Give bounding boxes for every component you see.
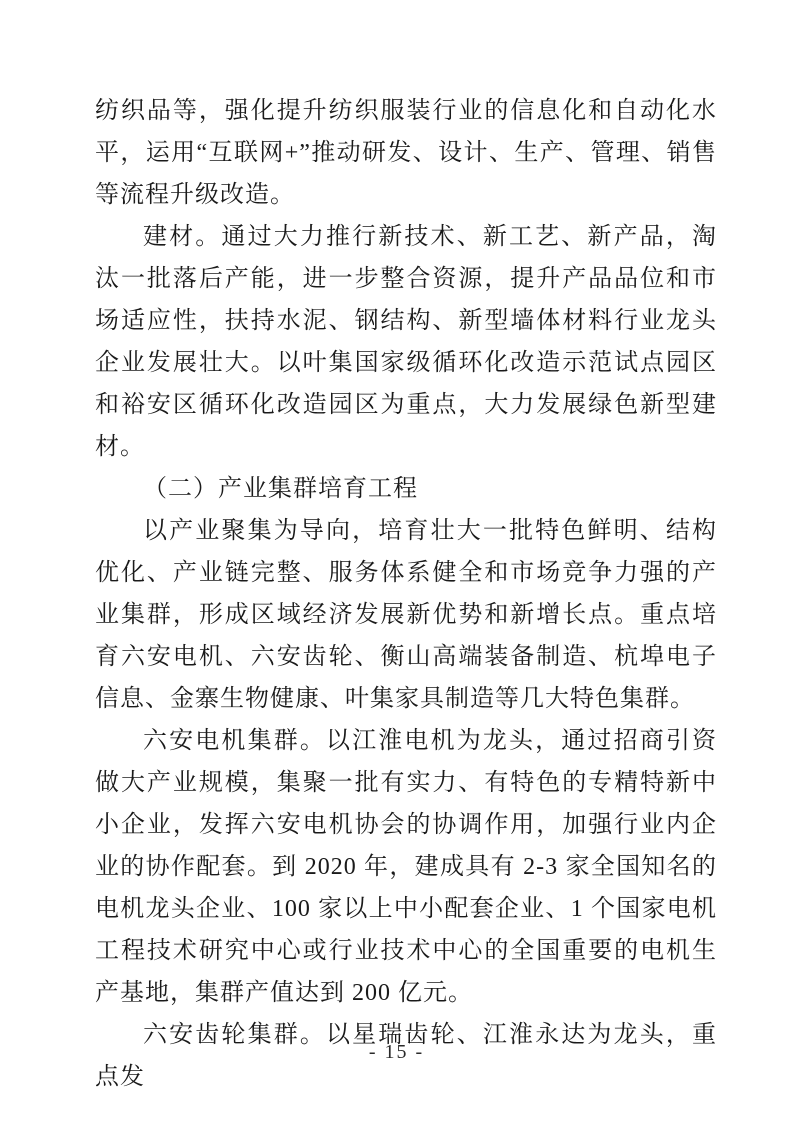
paragraph-luan-motor-cluster: 六安电机集群。以江淮电机为龙头，通过招商引资做大产业规模，集聚一批有实力、有特色… — [95, 720, 717, 1014]
paragraph-textile-continuation: 纺织品等，强化提升纺织服装行业的信息化和自动化水平，运用“互联网+”推动研发、设… — [95, 90, 717, 216]
section-heading-industry-cluster: （二）产业集群培育工程 — [95, 468, 717, 510]
document-text-block: 纺织品等，强化提升纺织服装行业的信息化和自动化水平，运用“互联网+”推动研发、设… — [95, 90, 717, 1098]
page-number: - 15 - — [0, 1040, 793, 1064]
paragraph-building-materials: 建材。通过大力推行新技术、新工艺、新产品，淘汰一批落后产能，进一步整合资源，提升… — [95, 216, 717, 468]
paragraph-cluster-overview: 以产业聚集为导向，培育壮大一批特色鲜明、结构优化、产业链完整、服务体系健全和市场… — [95, 510, 717, 720]
document-page: 纺织品等，强化提升纺织服装行业的信息化和自动化水平，运用“互联网+”推动研发、设… — [0, 0, 793, 1122]
